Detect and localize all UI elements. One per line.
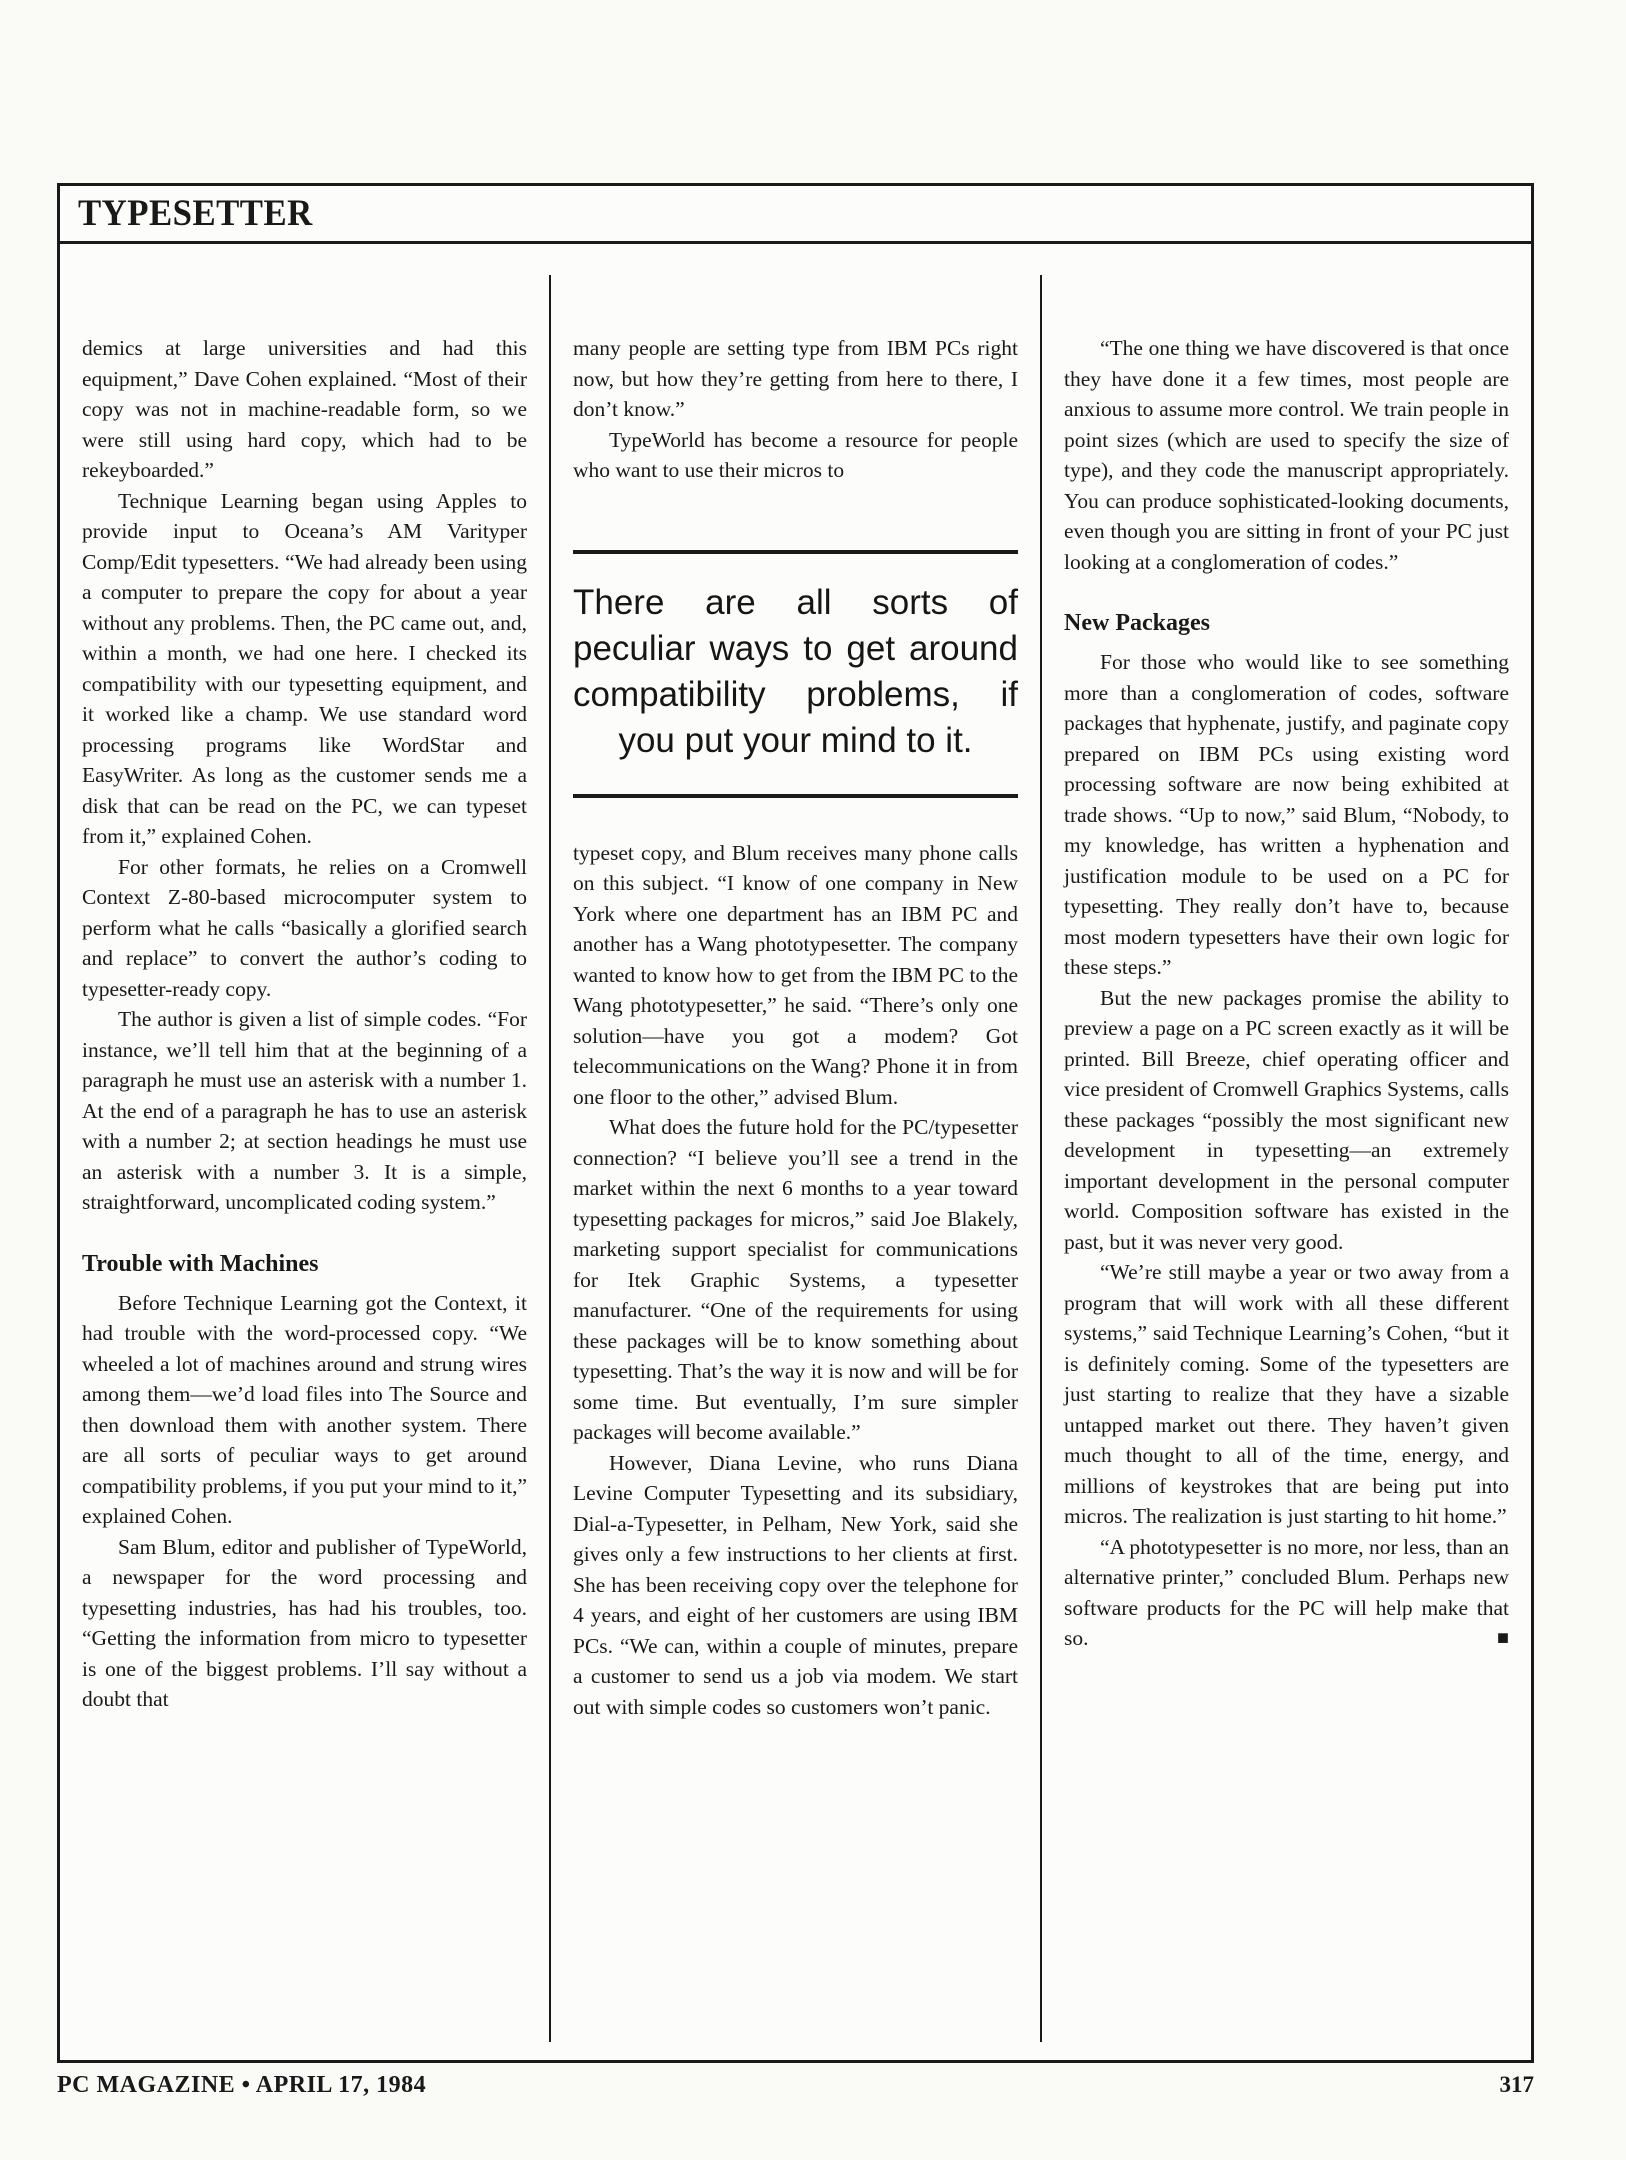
paragraph: For other formats, he relies on a Cromwe…	[82, 852, 527, 1005]
paragraph: However, Diana Levine, who runs Diana Le…	[573, 1448, 1018, 1723]
article-column-2: many people are setting type from IBM PC…	[551, 247, 1040, 2056]
article-column-3: “The one thing we have discovered is tha…	[1042, 247, 1531, 2056]
department-title: TYPESETTER	[78, 192, 313, 235]
footer: PC MAGAZINE • APRIL 17, 1984 317	[57, 2072, 1534, 2099]
page-number: 317	[1500, 2072, 1535, 2098]
masthead: TYPESETTER	[60, 186, 1531, 244]
magazine-name-date: PC MAGAZINE • APRIL 17, 1984	[57, 2072, 426, 2099]
paragraph-text: “A phototypesetter is no more, nor less,…	[1064, 1535, 1509, 1651]
paragraph: “The one thing we have discovered is tha…	[1064, 333, 1509, 577]
paragraph: typeset copy, and Blum receives many pho…	[573, 838, 1018, 1113]
article-column-1: demics at large universities and had thi…	[60, 247, 549, 2056]
paragraph: “A phototypesetter is no more, nor less,…	[1064, 1532, 1509, 1654]
end-of-article-mark: ■	[1461, 1623, 1509, 1654]
article-body: demics at large universities and had thi…	[60, 247, 1531, 2056]
paragraph: demics at large universities and had thi…	[82, 333, 527, 486]
pull-quote: There are all sorts of peculiar ways to …	[573, 550, 1018, 798]
paragraph: Before Technique Learning got the Contex…	[82, 1288, 527, 1532]
paragraph: “We’re still maybe a year or two away fr…	[1064, 1257, 1509, 1532]
paragraph: The author is given a list of simple cod…	[82, 1004, 527, 1218]
section-heading-new-packages: New Packages	[1064, 608, 1509, 638]
paragraph: many people are setting type from IBM PC…	[573, 333, 1018, 425]
paragraph: What does the future hold for the PC/typ…	[573, 1112, 1018, 1448]
paragraph: But the new packages promise the ability…	[1064, 983, 1509, 1258]
article-frame: TYPESETTER demics at large universities …	[57, 183, 1534, 2063]
paragraph: Sam Blum, editor and publisher of TypeWo…	[82, 1532, 527, 1715]
paragraph: For those who would like to see somethin…	[1064, 647, 1509, 983]
paragraph: Technique Learning began using Apples to…	[82, 486, 527, 852]
paragraph: TypeWorld has become a resource for peop…	[573, 425, 1018, 486]
section-heading-trouble-with-machines: Trouble with Machines	[82, 1249, 527, 1279]
